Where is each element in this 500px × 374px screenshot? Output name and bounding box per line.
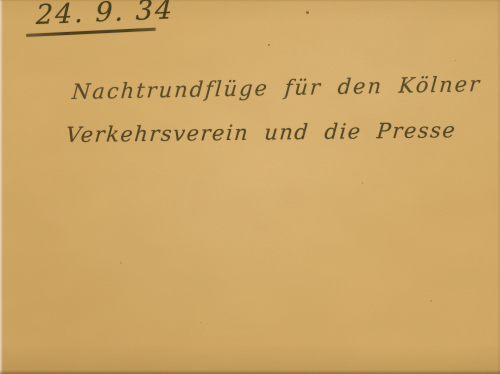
scan-edge-bottom — [0, 370, 500, 374]
paper-speck — [200, 322, 202, 323]
paper-speck — [362, 182, 363, 184]
scan-edge-left — [0, 0, 3, 374]
scan-edge-top — [0, 0, 500, 2]
paper-speck — [120, 262, 122, 264]
paper-speck — [430, 300, 432, 302]
paper-speck — [268, 44, 270, 46]
paper-speck — [306, 11, 309, 14]
handwritten-line-2: Verkehrsverein und die Presse — [65, 117, 457, 149]
index-card: 24. 9. 34 Nachtrundflüge für den Kölner … — [0, 0, 500, 374]
paper-grain-texture — [0, 0, 500, 374]
handwritten-line-1: Nachtrundflüge für den Kölner — [71, 71, 482, 106]
paper-speck — [455, 60, 456, 61]
